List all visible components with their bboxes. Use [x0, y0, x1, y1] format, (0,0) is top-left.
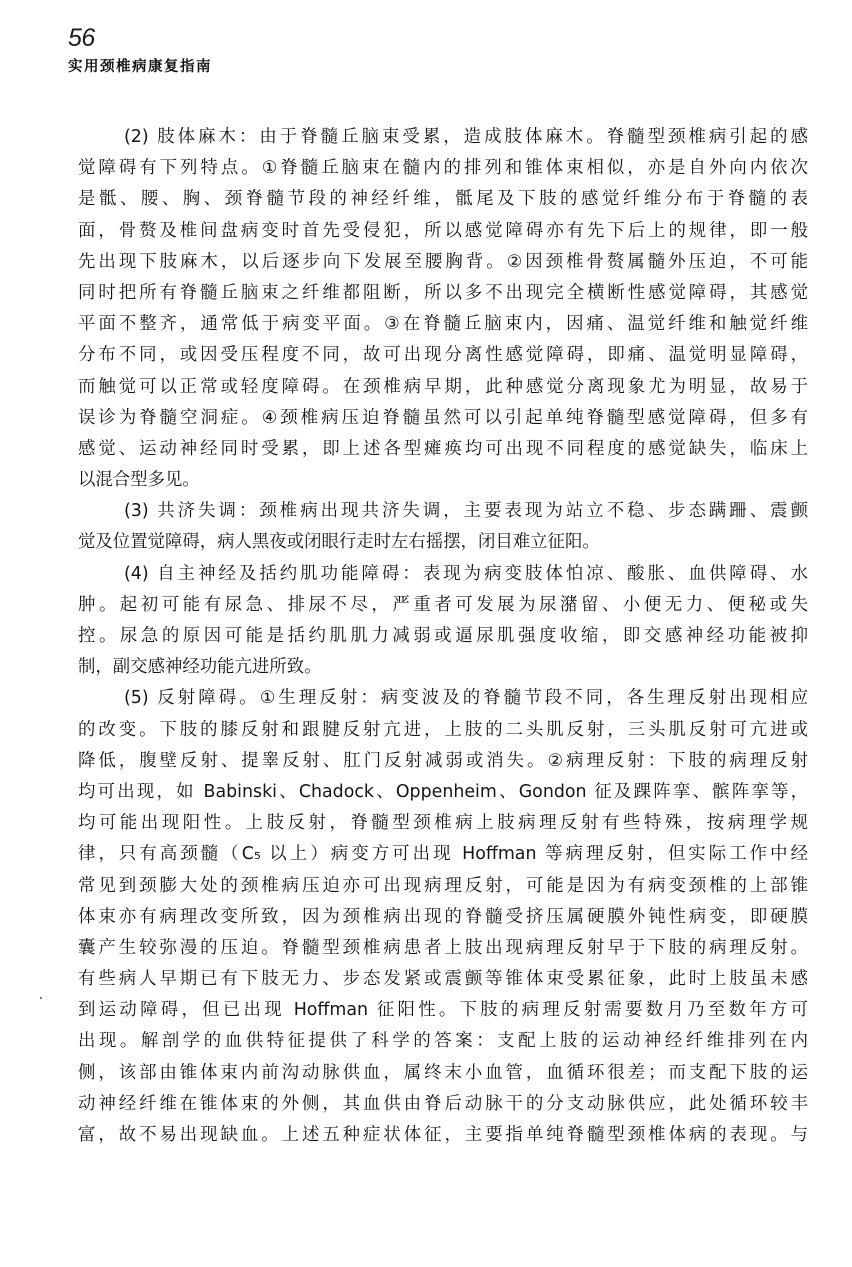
text-line: 觉及位置觉障碍，病人黑夜或闭眼行走时左右摇摆，闭目难立征阳。	[78, 527, 808, 558]
text-line: 制，副交感神经功能亢进所致。	[78, 652, 808, 683]
text-line: (3) 共济失调：颈椎病出现共济失调，主要表现为站立不稳、步态蹒跚、震颤	[78, 496, 808, 527]
text-line: 面，骨赘及椎间盘病变时首先受侵犯，所以感觉障碍亦有先下后上的规律，即一般	[78, 216, 808, 247]
text-line: 误诊为脊髓空洞症。④颈椎病压迫脊髓虽然可以引起单纯脊髓型感觉障碍，但多有	[78, 403, 808, 434]
text-line: 分布不同，或因受压程度不同，故可出现分离性感觉障碍，即痛、温觉明显障碍，	[78, 340, 808, 371]
running-head: 实用颈椎病康复指南	[68, 58, 212, 76]
text-line: 先出现下肢麻木，以后逐步向下发展至腰胸背。②因颈椎骨赘属髓外压迫，不可能	[78, 247, 808, 278]
page-number: 56	[68, 24, 95, 52]
text-line: 同时把所有脊髓丘脑束之纤维都阻断，所以多不出现完全横断性感觉障碍，其感觉	[78, 278, 808, 309]
text-line: 囊产生较弥漫的压迫。脊髓型颈椎病患者上肢出现病理反射早于下肢的病理反射。	[78, 933, 808, 964]
text-line: 降低，腹壁反射、提睾反射、肛门反射减弱或消失。②病理反射：下肢的病理反射	[78, 746, 808, 777]
body-text: (2) 肢体麻木：由于脊髓丘脑束受累，造成肢体麻木。脊髓型颈椎病引起的感觉障碍有…	[78, 122, 808, 1151]
text-line: 以混合型多见。	[78, 465, 808, 496]
text-line: (5) 反射障碍。①生理反射：病变波及的脊髓节段不同，各生理反射出现相应	[78, 683, 808, 714]
text-line: 富，故不易出现缺血。上述五种症状体征，主要指单纯脊髓型颈椎体病的表现。与	[78, 1120, 808, 1151]
text-line: 控。尿急的原因可能是括约肌肌力减弱或逼尿肌强度收缩，即交感神经功能被抑	[78, 621, 808, 652]
text-line: 动神经纤维在锥体束的外侧，其血供由脊后动脉干的分支动脉供应，此处循环较丰	[78, 1089, 808, 1120]
text-line: 有些病人早期已有下肢无力、步态发紧或震颤等锥体束受累征象，此时上肢虽未感	[78, 964, 808, 995]
text-line: (4) 自主神经及括约肌功能障碍：表现为病变肢体怕凉、酸胀、血供障碍、水	[78, 559, 808, 590]
text-line: 出现。解剖学的血供特征提供了科学的答案：支配上肢的运动神经纤维排列在内	[78, 1026, 808, 1057]
text-line: 侧，该部由锥体束内前沟动脉供血，属终末小血管，血循环很差；而支配下肢的运	[78, 1058, 808, 1089]
text-line: 是骶、腰、胸、颈脊髓节段的神经纤维，骶尾及下肢的感觉纤维分布于脊髓的表	[78, 184, 808, 215]
text-line: 均可能出现阳性。上肢反射，脊髓型颈椎病上肢病理反射有些特殊，按病理学规	[78, 808, 808, 839]
text-line: 的改变。下肢的膝反射和跟腱反射亢进，上肢的二头肌反射，三头肌反射可亢进或	[78, 715, 808, 746]
text-line: 律，只有高颈髓（C₅ 以上）病变方可出现 Hoffman 等病理反射，但实际工作…	[78, 839, 808, 870]
scan-artifact-dot	[40, 997, 42, 999]
text-line: 体束亦有病理改变所致，因为颈椎病出现的脊髓受挤压属硬膜外钝性病变，即硬膜	[78, 902, 808, 933]
text-line: 而触觉可以正常或轻度障碍。在颈椎病早期，此种感觉分离现象尤为明显，故易于	[78, 372, 808, 403]
text-line: 均可出现，如 Babinski、Chadock、Oppenheim、Gondon…	[78, 777, 808, 808]
text-line: 平面不整齐，通常低于病变平面。③在脊髓丘脑束内，因痛、温觉纤维和触觉纤维	[78, 309, 808, 340]
text-line: 肿。起初可能有尿急、排尿不尽，严重者可发展为尿潴留、小便无力、便秘或失	[78, 590, 808, 621]
text-line: 觉障碍有下列特点。①脊髓丘脑束在髓内的排列和锥体束相似，亦是自外向内依次	[78, 153, 808, 184]
text-line: 到运动障碍，但已出现 Hoffman 征阳性。下肢的病理反射需要数月乃至数年方可	[78, 995, 808, 1026]
text-line: 感觉、运动神经同时受累，即上述各型瘫痪均可出现不同程度的感觉缺失，临床上	[78, 434, 808, 465]
text-line: 常见到颈膨大处的颈椎病压迫亦可出现病理反射，可能是因为有病变颈椎的上部锥	[78, 871, 808, 902]
text-line: (2) 肢体麻木：由于脊髓丘脑束受累，造成肢体麻木。脊髓型颈椎病引起的感	[78, 122, 808, 153]
